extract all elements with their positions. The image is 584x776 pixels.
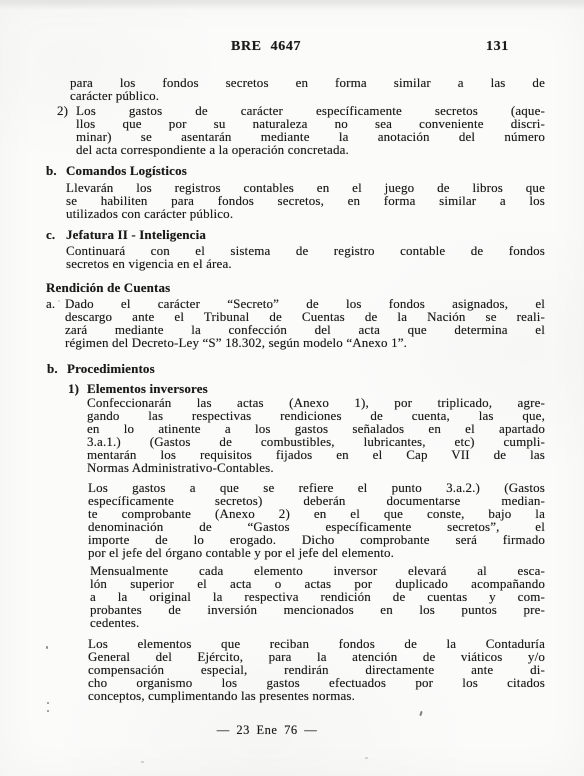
- footer-date: — 23 Ene 76 —: [167, 724, 367, 737]
- subitem-1-title: Elementos inversores: [87, 381, 208, 396]
- section-c-marker: c.: [46, 228, 55, 241]
- scan-speck: [365, 757, 368, 759]
- section-b2-marker: b.: [47, 362, 58, 375]
- text-line: del acta correspondiente a la operación …: [76, 143, 545, 156]
- section-b2-title: Procedimientos: [67, 361, 155, 376]
- paragraph-gastos-secretos: Los gastos a que se refiere el punto 3.a…: [88, 481, 545, 559]
- section-b-marker: b.: [46, 164, 57, 177]
- text-line: conceptos, cumplimentando las presentes …: [88, 689, 545, 702]
- item-a-text: Dado el carácter “Secreto” de los fondos…: [65, 297, 545, 349]
- section-b-paragraph: Llevarán los registros contables en el j…: [66, 181, 545, 220]
- scan-speck: [47, 710, 49, 712]
- subitem-1-heading: 1) Elementos inversores: [87, 382, 545, 395]
- scan-speck: [141, 761, 144, 763]
- section-c-jefatura-heading: c. Jefatura II - Inteligencia: [66, 228, 545, 241]
- text-line: Normas Administrativo-Contables.: [87, 461, 545, 474]
- list-item-2-text: Los gastos de carácter específicamente s…: [76, 104, 545, 156]
- text-line: cedentes.: [90, 616, 545, 629]
- scan-tick-mark: [419, 711, 422, 716]
- scanned-document-page: BRE 4647 131 para los fondos secretos en…: [0, 0, 584, 776]
- section-b-procedimientos-heading: b. Procedimientos: [67, 362, 545, 375]
- list-item-2: 2) Los gastos de carácter específicament…: [76, 104, 545, 156]
- section-c-paragraph: Continuará con el sistema de registro co…: [66, 244, 545, 270]
- scan-speck: [46, 646, 48, 649]
- page-number: 131: [486, 40, 509, 53]
- list-item-2-marker: 2): [57, 104, 68, 117]
- subitem-1-marker: 1): [68, 382, 79, 395]
- text-line: secretos en vigencia en el área.: [66, 257, 545, 270]
- paragraph-mensualmente: Mensualmente cada elemento inversor elev…: [90, 564, 545, 629]
- item-a-marker: a.: [46, 297, 55, 310]
- scan-speck: [47, 702, 49, 704]
- document-code: BRE 4647: [231, 40, 301, 53]
- paragraph-actas: Confeccionarán las actas (Anexo 1), por …: [87, 396, 545, 474]
- section-b-comandos-heading: b. Comandos Logísticos: [66, 164, 545, 177]
- item-a: a. Dado el carácter “Secreto” de los fon…: [65, 297, 545, 349]
- scan-speck: [58, 300, 60, 302]
- section-b-title: Comandos Logísticos: [66, 163, 187, 178]
- text-line: carácter público.: [70, 89, 545, 102]
- page-content: BRE 4647 131 para los fondos secretos en…: [0, 0, 584, 776]
- text-line: probantes de inversión mencionados en lo…: [90, 603, 545, 616]
- paragraph-continuation: para los fondos secretos en forma simila…: [70, 76, 545, 102]
- section-c-title: Jefatura II - Inteligencia: [66, 227, 206, 242]
- text-line: utilizados con carácter público.: [66, 207, 545, 220]
- text-line: régimen del Decreto-Ley “S” 18.302, segú…: [65, 336, 545, 349]
- paragraph-contaduria: Los elementos que reciban fondos de la C…: [88, 637, 545, 702]
- rendicion-de-cuentas-heading: Rendición de Cuentas: [46, 281, 545, 294]
- text-line: por el jefe del órgano contable y por el…: [88, 546, 545, 559]
